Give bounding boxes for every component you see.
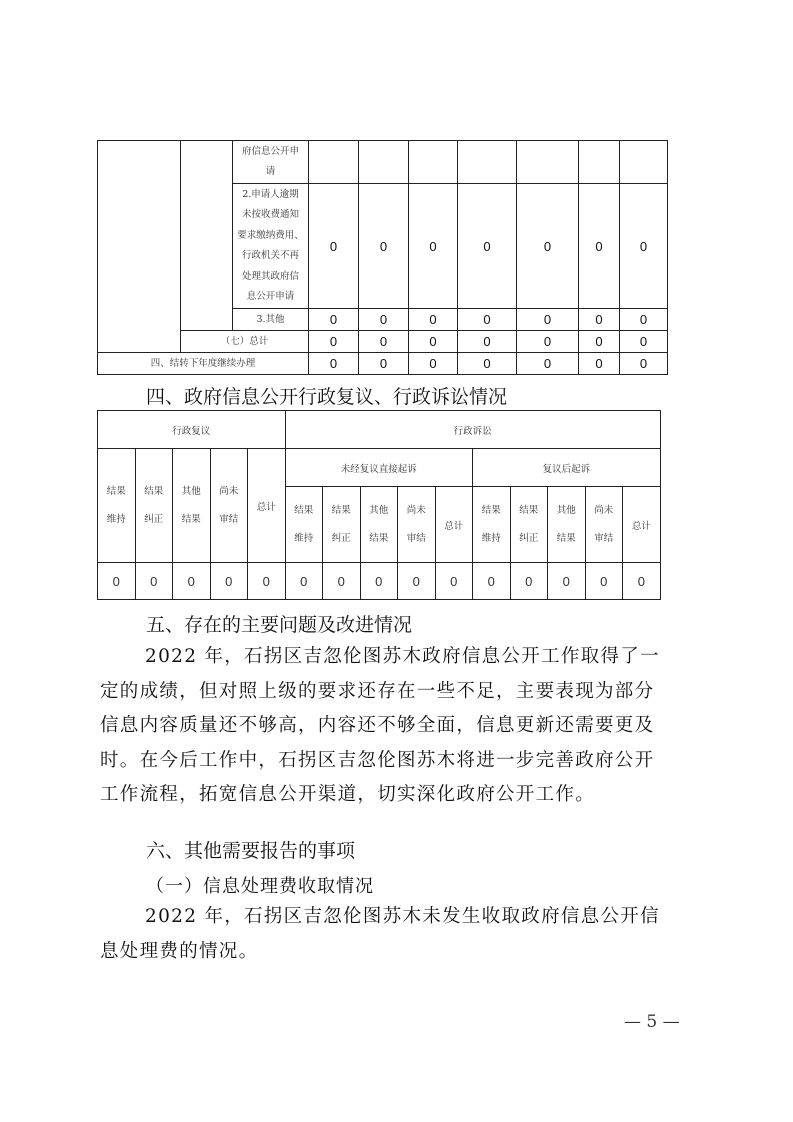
- cell: 0: [173, 563, 211, 600]
- cell: 0: [548, 563, 586, 600]
- cell: [458, 141, 517, 184]
- paragraph-line: 信息内容质量还不够高，内容还不够全面，信息更新还需要更及: [100, 709, 700, 744]
- paragraph-line: 2022 年，石拐区吉忽伦图苏木未发生收取政府信息公开信: [100, 900, 700, 935]
- section-5-paragraph: 2022 年，石拐区吉忽伦图苏木政府信息公开工作取得了一 定的成绩，但对照上级的…: [100, 640, 700, 813]
- section-6-paragraph: 2022 年，石拐区吉忽伦图苏木未发生收取政府信息公开信 息处理费的情况。: [100, 900, 700, 969]
- paragraph-line: 定的成绩，但对照上级的要求还存在一些不足，主要表现为部分: [100, 675, 700, 710]
- page-number: — 5 —: [624, 1012, 680, 1032]
- col-header: 其他结果: [548, 487, 586, 563]
- cell: 0: [620, 331, 668, 353]
- cell: 0: [517, 184, 579, 309]
- cell: 0: [458, 309, 517, 331]
- cell: 0: [409, 309, 458, 331]
- col-header: 尚未审结: [398, 487, 436, 563]
- cell: 0: [579, 331, 620, 353]
- cell: 0: [248, 563, 286, 600]
- cell: 0: [359, 353, 409, 375]
- paragraph-line: 工作流程，拓宽信息公开渠道，切实深化政府公开工作。: [100, 778, 700, 813]
- col-header: 结果纠正: [135, 449, 173, 563]
- cell: 0: [435, 563, 473, 600]
- header-direct-suit: 未经复议直接起诉: [285, 449, 473, 487]
- row-label: 府信息公开申 请: [233, 141, 309, 184]
- col-header: 其他结果: [173, 449, 211, 563]
- section-4-heading: 四、政府信息公开行政复议、行政诉讼情况: [146, 382, 507, 409]
- cell: 0: [309, 184, 359, 309]
- col-header: 结果维持: [98, 449, 136, 563]
- carry-over-row: 四、结转下年度继续办理 0 0 0 0 0 0 0: [98, 353, 668, 375]
- cell: 0: [409, 331, 458, 353]
- cell: 0: [359, 309, 409, 331]
- col-header: 总计: [248, 449, 286, 563]
- col-header: 总计: [623, 487, 661, 563]
- paragraph-line: 息处理费的情况。: [100, 935, 700, 970]
- col-header: 其他结果: [360, 487, 398, 563]
- section-6-subheading: （一）信息处理费收取情况: [146, 872, 374, 898]
- cell: 0: [309, 309, 359, 331]
- cell: 0: [620, 184, 668, 309]
- col-header: 尚未审结: [585, 487, 623, 563]
- empty-cell: [181, 141, 233, 331]
- cell: 0: [398, 563, 436, 600]
- cell: [620, 141, 668, 184]
- cell: 0: [359, 331, 409, 353]
- table-row: 0 0 0 0 0 0 0 0 0 0 0 0 0 0 0: [98, 563, 661, 600]
- empty-cell: [98, 141, 181, 353]
- col-header: 尚未审结: [210, 449, 248, 563]
- cell: 0: [585, 563, 623, 600]
- cell: 0: [517, 353, 579, 375]
- paragraph-line: 2022 年，石拐区吉忽伦图苏木政府信息公开工作取得了一: [100, 640, 700, 675]
- cell: 0: [285, 563, 323, 600]
- cell: 0: [323, 563, 361, 600]
- table-header-row: 结果维持 结果纠正 其他结果 尚未审结 总计 未经复议直接起诉 复议后起诉: [98, 449, 661, 487]
- table-header-row: 行政复议 行政诉讼: [98, 411, 661, 449]
- cell: [579, 141, 620, 184]
- cell: 0: [210, 563, 248, 600]
- header-suit-after-review: 复议后起诉: [473, 449, 661, 487]
- cell: 0: [517, 309, 579, 331]
- row-label: 2.申请人逾期 未按收费通知 要求缴纳费用、 行政机关不再 处理其政府信 息公开…: [233, 184, 309, 309]
- section-5-heading: 五、存在的主要问题及改进情况: [146, 610, 412, 637]
- row-label: （七）总计: [181, 331, 309, 353]
- cell: 0: [473, 563, 511, 600]
- cell: 0: [579, 353, 620, 375]
- cell: 0: [309, 353, 359, 375]
- cell: 0: [579, 184, 620, 309]
- paragraph-line: 时。在今后工作中，石拐区吉忽伦图苏木将进一步完善政府公开: [100, 744, 700, 779]
- row-label: 四、结转下年度继续办理: [98, 353, 309, 375]
- cell: 0: [458, 331, 517, 353]
- header-admin-litigation: 行政诉讼: [285, 411, 660, 449]
- cell: [309, 141, 359, 184]
- total-row: （七）总计 0 0 0 0 0 0 0: [98, 331, 668, 353]
- section-6-heading: 六、其他需要报告的事项: [146, 836, 355, 863]
- cell: 0: [409, 184, 458, 309]
- cell: [517, 141, 579, 184]
- cell: 0: [458, 184, 517, 309]
- cell: 0: [517, 331, 579, 353]
- table-row: 府信息公开申 请: [98, 141, 668, 184]
- cell: 0: [360, 563, 398, 600]
- cell: 0: [620, 353, 668, 375]
- col-header: 结果维持: [473, 487, 511, 563]
- cell: 0: [98, 563, 136, 600]
- cell: 0: [409, 353, 458, 375]
- cell: 0: [620, 309, 668, 331]
- cell: 0: [579, 309, 620, 331]
- col-header: 总计: [435, 487, 473, 563]
- cell: 0: [309, 331, 359, 353]
- cell: [409, 141, 458, 184]
- cell: 0: [458, 353, 517, 375]
- col-header: 结果纠正: [510, 487, 548, 563]
- cell: 0: [510, 563, 548, 600]
- review-litigation-table: 行政复议 行政诉讼 结果维持 结果纠正 其他结果 尚未审结 总计 未经复议直接起…: [97, 410, 661, 600]
- col-header: 结果纠正: [323, 487, 361, 563]
- row-label: 3.其他: [233, 309, 309, 331]
- cell: 0: [623, 563, 661, 600]
- header-admin-review: 行政复议: [98, 411, 286, 449]
- col-header: 结果维持: [285, 487, 323, 563]
- cell: 0: [359, 184, 409, 309]
- cell: [359, 141, 409, 184]
- cell: 0: [135, 563, 173, 600]
- disclosure-statistics-table-continued: 府信息公开申 请 2.申请人逾期 未按收费通知 要求缴纳费用、 行政机关不再 处…: [97, 140, 668, 375]
